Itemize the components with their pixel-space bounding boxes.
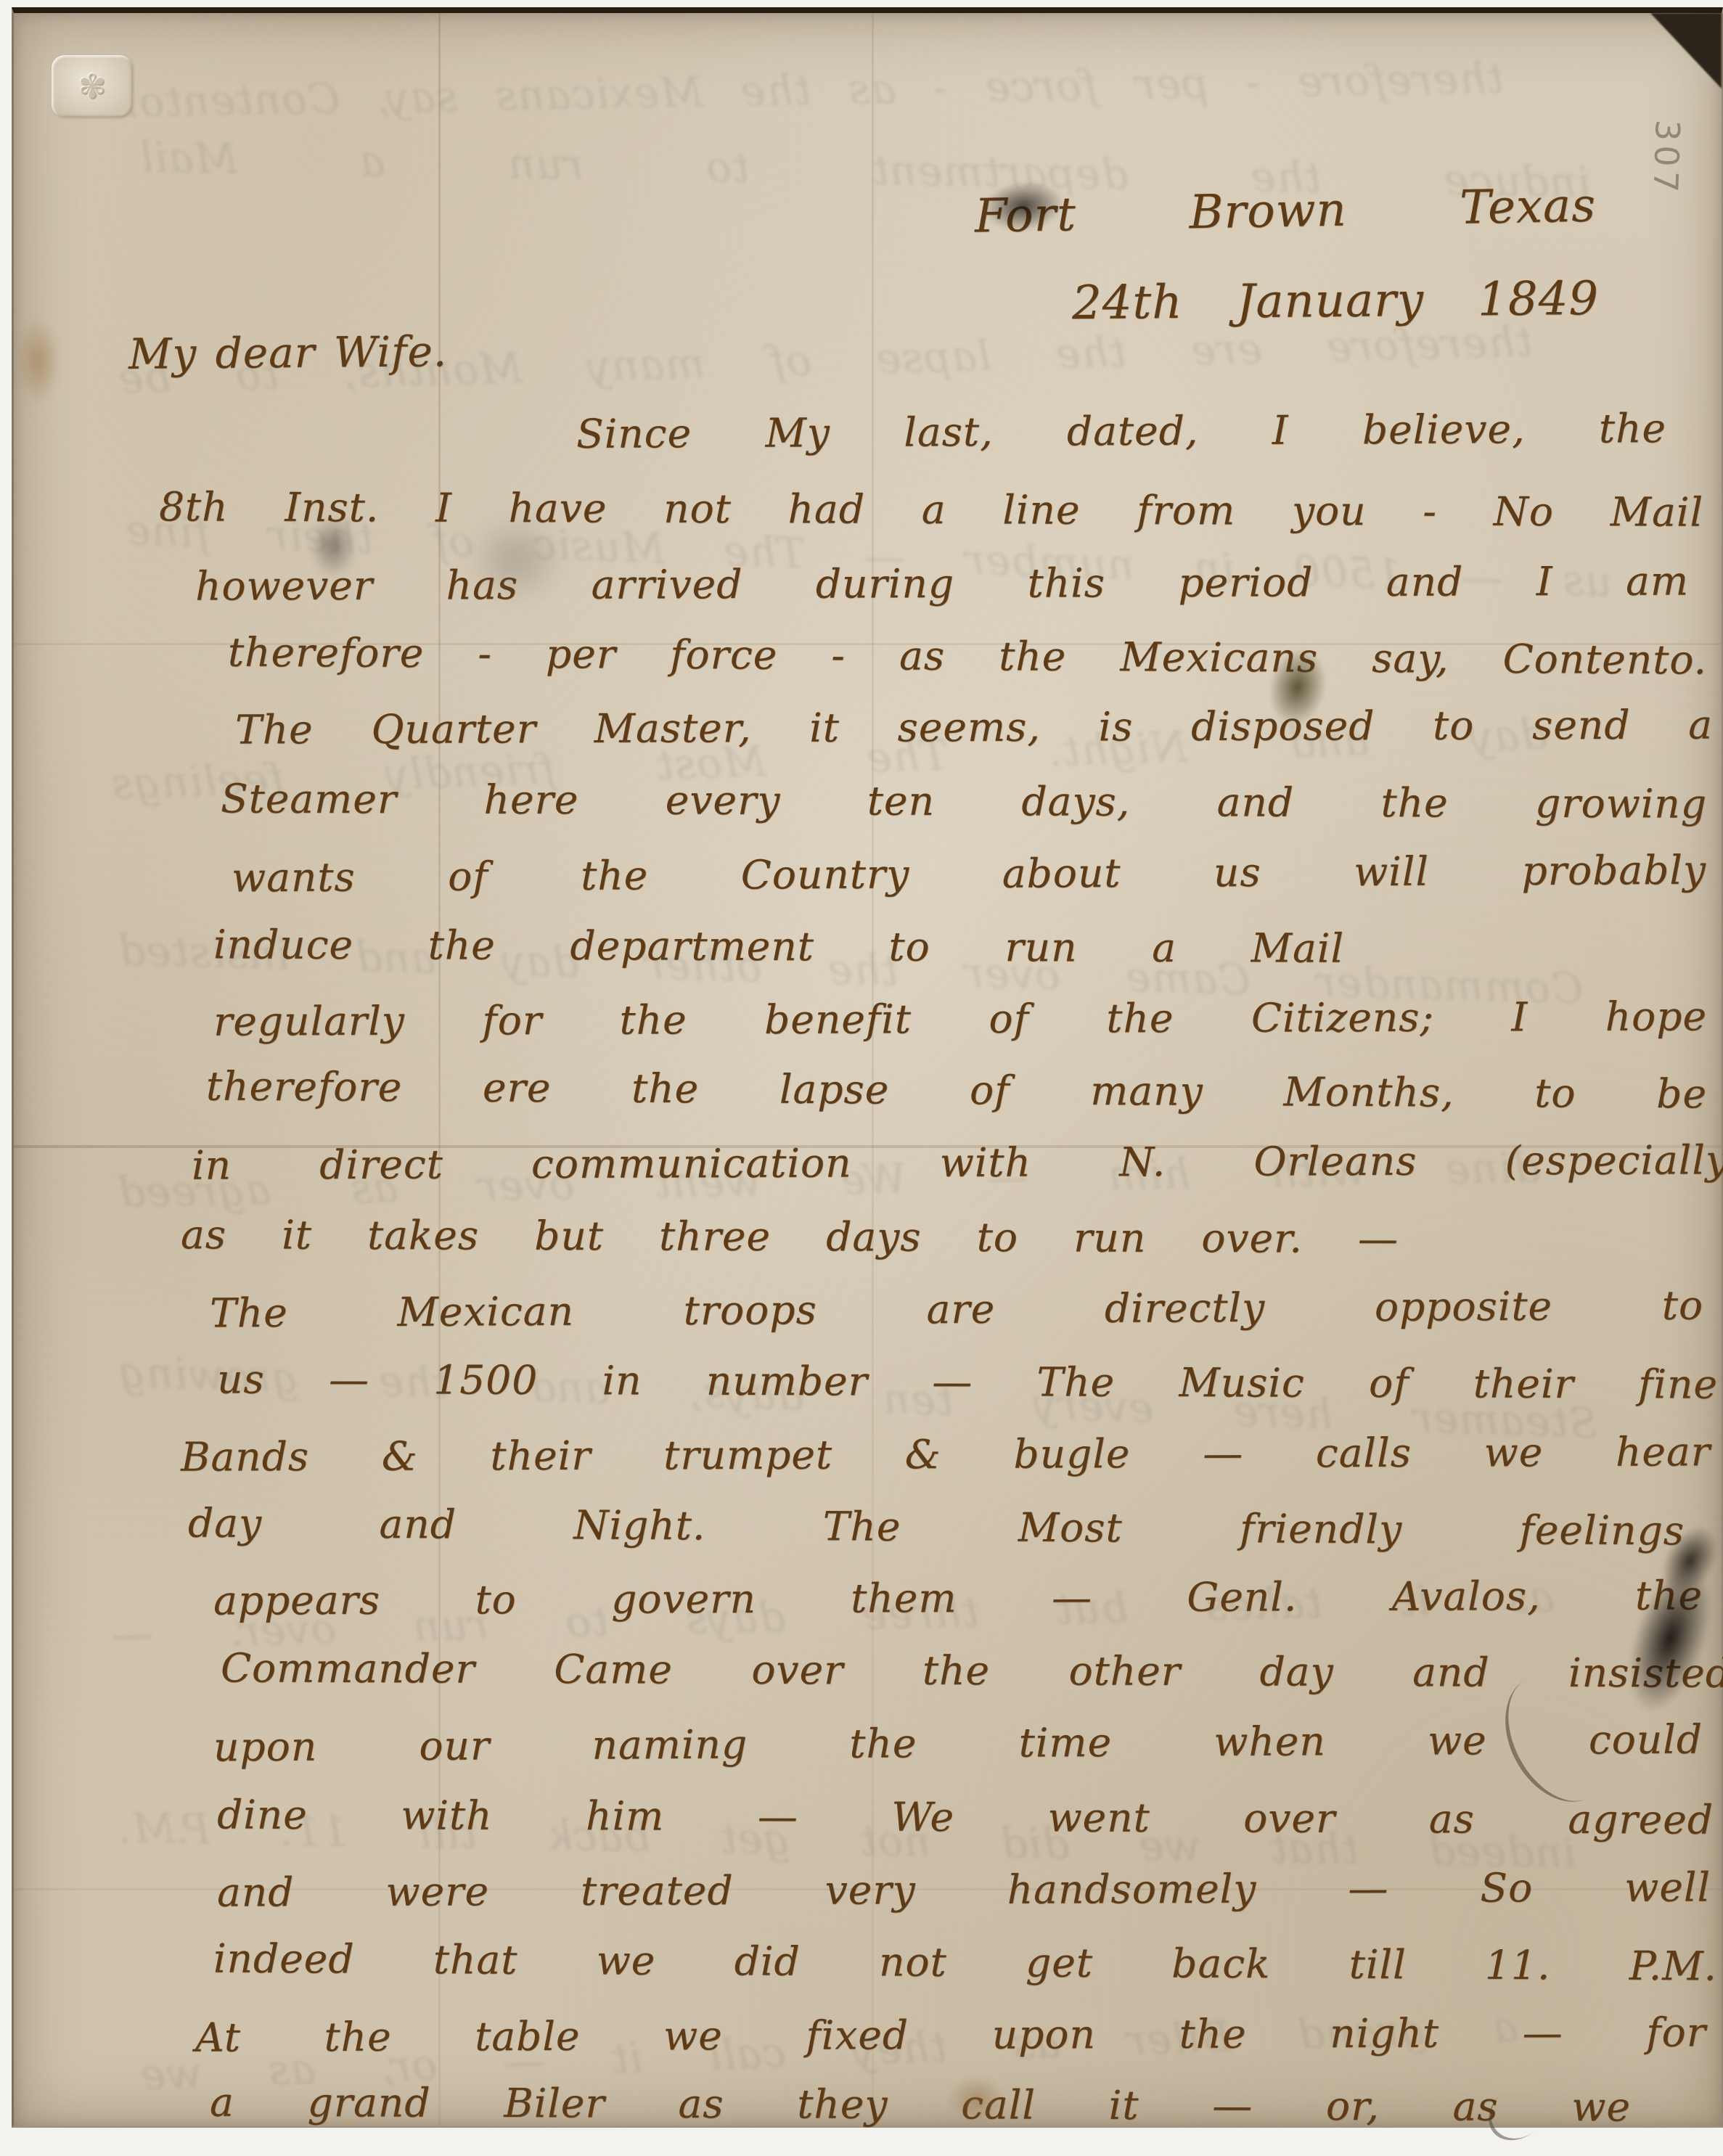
letter-line: dine with him — We went over as agreed bbox=[217, 1779, 1714, 1854]
letter-line: Since My last, dated, I believe, the bbox=[576, 393, 1666, 469]
letter-line: Bands & their trumpet & bugle — calls we… bbox=[181, 1417, 1711, 1491]
letter-line: At the table we fixed upon the night — f… bbox=[195, 1997, 1706, 2072]
letter-line: in direct communication with N. Orleans … bbox=[192, 1125, 1723, 1200]
letter-line: day and Night. The Most friendly feeling… bbox=[188, 1488, 1685, 1566]
letter-line: indeed that we did not get back till 11.… bbox=[213, 1924, 1717, 2001]
scanned-letter-page: therefore - per force - as the Mexicans … bbox=[0, 0, 1723, 2156]
salutation: My dear Wife. bbox=[128, 313, 782, 389]
letter-line: wants of the Country about us will proba… bbox=[232, 835, 1706, 913]
letter-paper: therefore - per force - as the Mexicans … bbox=[12, 7, 1723, 2128]
letter-line: Commander Came over the other day and in… bbox=[221, 1633, 1723, 1708]
letter-line: 8th Inst. I have not had a line from you… bbox=[159, 472, 1703, 546]
letter-line: us — 1500 in number — The Music of their… bbox=[217, 1344, 1718, 1419]
ghost-line: therefore - per force - as the Mexicans … bbox=[124, 43, 1504, 136]
archive-number: 307 bbox=[1645, 119, 1687, 197]
letter-line: regularly for the benefit of the Citizen… bbox=[213, 981, 1707, 1056]
letter-line: a grand Biler as they call it — or, as w… bbox=[210, 2067, 1631, 2142]
embossed-stamp-ornament-icon: ✾ bbox=[78, 67, 107, 106]
letter-line: appears to govern them — Genl. Avalos, t… bbox=[213, 1560, 1703, 1635]
letter-line: therefore - per force - as the Mexicans … bbox=[228, 618, 1707, 695]
letter-line: The Quarter Master, it seems, is dispose… bbox=[235, 689, 1713, 764]
dateline-date: 24th January 1849 bbox=[1072, 259, 1600, 343]
letter-line: therefore ere the lapse of many Months, … bbox=[206, 1052, 1707, 1129]
letter-line: upon our naming the time when we could bbox=[213, 1705, 1703, 1782]
embossed-stationer-stamp: ✾ bbox=[52, 55, 133, 118]
letter-line: Steamer here every ten days, and the gro… bbox=[221, 763, 1707, 838]
dateline-place: Fort Brown Texas bbox=[974, 166, 1597, 257]
letter-line: and were treated very handsomely — So we… bbox=[217, 1852, 1711, 1927]
letter-line: The Mexican troops are directly opposite… bbox=[210, 1271, 1703, 1348]
letter-line: induce the department to run a Mail bbox=[213, 909, 1344, 983]
letter-line: however has arrived during this period a… bbox=[195, 546, 1689, 620]
edge-stain bbox=[15, 316, 60, 405]
folded-corner bbox=[1650, 13, 1722, 89]
letter-line: as it takes but three days to run over. … bbox=[181, 1200, 1399, 1274]
